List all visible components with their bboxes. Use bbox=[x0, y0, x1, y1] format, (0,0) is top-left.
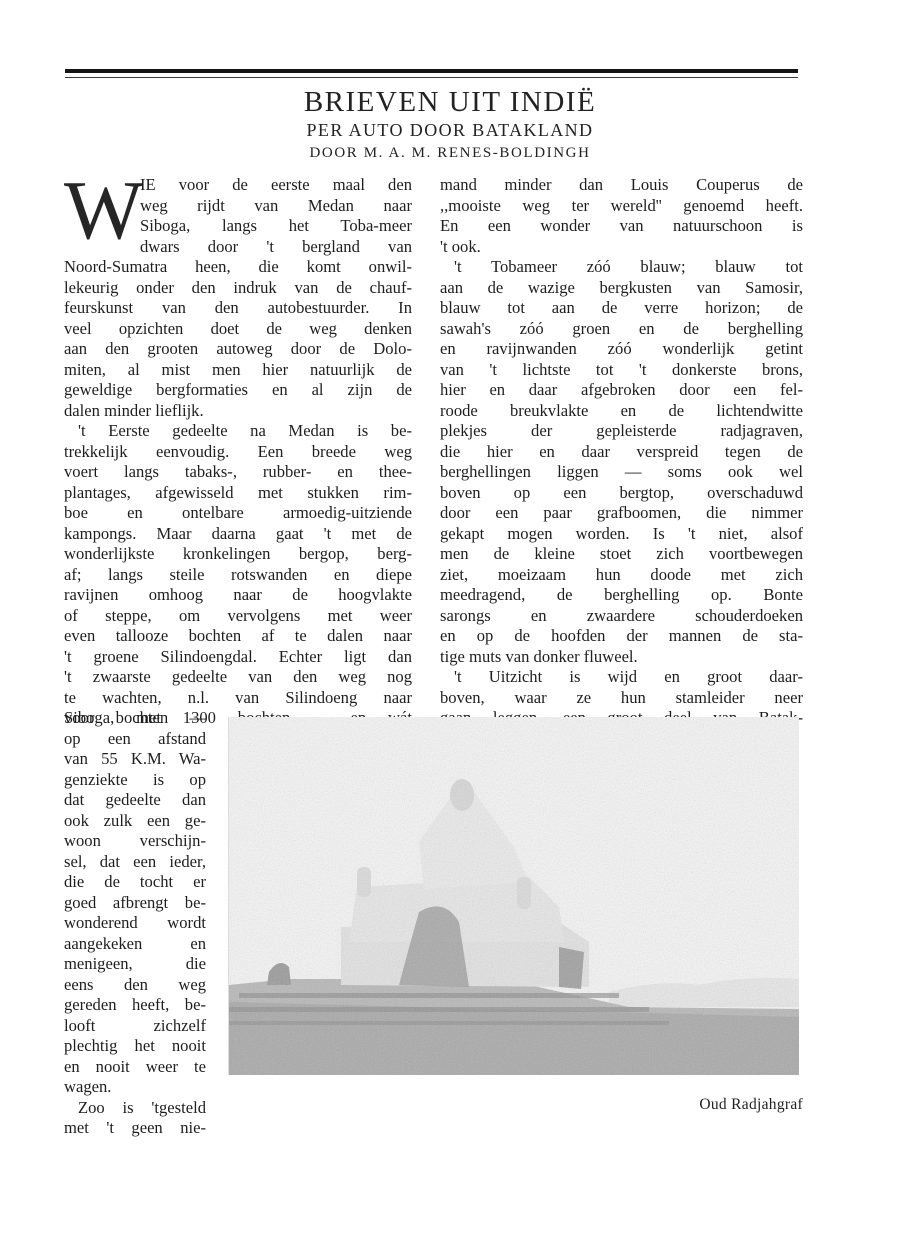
text-line: dat gedeelte dan bbox=[64, 790, 206, 811]
article-subtitle: PER AUTO DOOR BATAKLAND bbox=[0, 120, 900, 141]
text-line: ziet, moeizaam hun doode met zich bbox=[440, 565, 803, 586]
text-line: met 't geen nie- bbox=[64, 1118, 206, 1139]
text-line: van 55 K.M. Wa- bbox=[64, 749, 206, 770]
text-line: Noord-Sumatra heen, die komt onwil- bbox=[64, 257, 412, 278]
text-line: aan den grooten autoweg door de Dolo- bbox=[64, 339, 412, 360]
text-line: voert langs tabaks-, rubber- en thee- bbox=[64, 462, 412, 483]
text-line: woon verschijn- bbox=[64, 831, 206, 852]
text-line: miten, al mist men hier natuurlijk de bbox=[64, 360, 412, 381]
text-line: sarongs en zwaardere schouderdoeken bbox=[440, 606, 803, 627]
tomb-photo-illustration bbox=[229, 717, 799, 1075]
text-line: 't Eerste gedeelte na Medan is be- bbox=[64, 421, 412, 442]
text-line: goed afbrengt be- bbox=[64, 893, 206, 914]
text-line: geweldige bergformaties en al zijn de bbox=[64, 380, 412, 401]
left-column-narrow: voor bochten —op een afstandvan 55 K.M. … bbox=[64, 708, 206, 1139]
text-line: menigeen, die bbox=[64, 954, 206, 975]
text-line: Zoo is 'tgesteld bbox=[64, 1098, 206, 1119]
text-line: en op de hoofden der mannen de sta- bbox=[440, 626, 803, 647]
dropcap-text-block: IE voor de eerste maal denweg rijdt van … bbox=[140, 175, 412, 257]
text-line: 't zwaarste gedeelte van den weg nog bbox=[64, 667, 412, 688]
text-line: En een wonder van natuurschoon is bbox=[440, 216, 803, 237]
text-line: sel, dat een ieder, bbox=[64, 852, 206, 873]
text-line: IE voor de eerste maal den bbox=[140, 175, 412, 196]
text-line: men de kleine stoet zich voortbewegen bbox=[440, 544, 803, 565]
text-line: door een paar grafboomen, die nimmer bbox=[440, 503, 803, 524]
text-line: looft zichzelf bbox=[64, 1016, 206, 1037]
text-line: boven op een bergtop, overschaduwd bbox=[440, 483, 803, 504]
text-line: sawah's zóó groen en de berghelling bbox=[440, 319, 803, 340]
text-line: aan de wazige bergkusten van Samosir, bbox=[440, 278, 803, 299]
text-line: ook zulk een ge- bbox=[64, 811, 206, 832]
article-title: BRIEVEN UIT INDIË bbox=[0, 86, 900, 119]
text-line: 't ook. bbox=[440, 237, 803, 258]
text-line: tige muts van donker fluweel. bbox=[440, 647, 803, 668]
text-line: of steppe, om vervolgens met weer bbox=[64, 606, 412, 627]
text-line: af; langs steile rotswanden en diepe bbox=[64, 565, 412, 586]
text-line: die hier en daar verspreid tegen de bbox=[440, 442, 803, 463]
text-line: 't groene Silindoengdal. Echter ligt dan bbox=[64, 647, 412, 668]
text-line: eens den weg bbox=[64, 975, 206, 996]
article-byline: DOOR M. A. M. RENES-BOLDINGH bbox=[0, 145, 900, 162]
text-line: ,,mooiste weg ter wereld'' genoemd heeft… bbox=[440, 196, 803, 217]
text-line: aangekeken en bbox=[64, 934, 206, 955]
text-line: voor bochten — bbox=[64, 708, 206, 729]
left-column: Noord-Sumatra heen, die komt onwil-lekeu… bbox=[64, 257, 412, 729]
text-line: te wachten, n.l. van Silindoeng naar bbox=[64, 688, 412, 709]
text-line: wonderend wordt bbox=[64, 913, 206, 934]
text-line: Siboga, langs het Toba-meer bbox=[140, 216, 412, 237]
text-line: dalen minder lieflijk. bbox=[64, 401, 412, 422]
text-line: wagen. bbox=[64, 1077, 206, 1098]
right-column: mand minder dan Louis Couperus de,,moois… bbox=[440, 175, 803, 729]
text-line: plekjes der gepleisterde radjagraven, bbox=[440, 421, 803, 442]
text-line: berghellingen liggen — soms ook wel bbox=[440, 462, 803, 483]
text-line: mand minder dan Louis Couperus de bbox=[440, 175, 803, 196]
photo-caption: Oud Radjahgraf bbox=[600, 1096, 803, 1114]
text-line: meedragend, de berghelling op. Bonte bbox=[440, 585, 803, 606]
header-rule-thin bbox=[65, 77, 798, 78]
text-line: boe en ontelbare armoedig-uitziende bbox=[64, 503, 412, 524]
text-line: kampongs. Maar daarna gaat 't met de bbox=[64, 524, 412, 545]
text-line: 't Tobameer zóó blauw; blauw tot bbox=[440, 257, 803, 278]
text-line: en nooit weer te bbox=[64, 1057, 206, 1078]
text-line: trekkelijk eenvoudig. Een breede weg bbox=[64, 442, 412, 463]
text-line: plantages, afgewisseld met stukken rim- bbox=[64, 483, 412, 504]
text-line: roode breukvlakte en de lichtendwitte bbox=[440, 401, 803, 422]
text-line: die de tocht er bbox=[64, 872, 206, 893]
text-line: van 't lichtste tot 't donkerste brons, bbox=[440, 360, 803, 381]
photo-radjahgraf bbox=[228, 717, 799, 1075]
text-line: en ravijnwanden zóó wonderlijk getint bbox=[440, 339, 803, 360]
text-line: veel opzichten doet de weg denken bbox=[64, 319, 412, 340]
text-line: op een afstand bbox=[64, 729, 206, 750]
text-line: gekapt mogen worden. Is 't niet, alsof bbox=[440, 524, 803, 545]
text-line: wonderlijkste kronkelingen bergop, berg- bbox=[64, 544, 412, 565]
text-line: lekeurig onder den indruk van de chauf- bbox=[64, 278, 412, 299]
text-line: weg rijdt van Medan naar bbox=[140, 196, 412, 217]
text-line: dwars door 't bergland van bbox=[140, 237, 412, 258]
text-line: genziekte is op bbox=[64, 770, 206, 791]
text-line: 't Uitzicht is wijd en groot daar- bbox=[440, 667, 803, 688]
text-line: hier en daar afgebroken door een fel- bbox=[440, 380, 803, 401]
drop-cap: W bbox=[64, 176, 143, 246]
header-rule-thick bbox=[65, 69, 798, 73]
text-line: plechtig het nooit bbox=[64, 1036, 206, 1057]
text-line: even tallooze bochten af te dalen naar bbox=[64, 626, 412, 647]
text-line: ravijnen omhoog naar de hoogvlakte bbox=[64, 585, 412, 606]
text-line: blauw tot aan de verre horizon; de bbox=[440, 298, 803, 319]
text-line: boven, waar ze hun stamleider neer bbox=[440, 688, 803, 709]
text-line: gereden heeft, be- bbox=[64, 995, 206, 1016]
text-line: feurskunst van den autobestuurder. In bbox=[64, 298, 412, 319]
